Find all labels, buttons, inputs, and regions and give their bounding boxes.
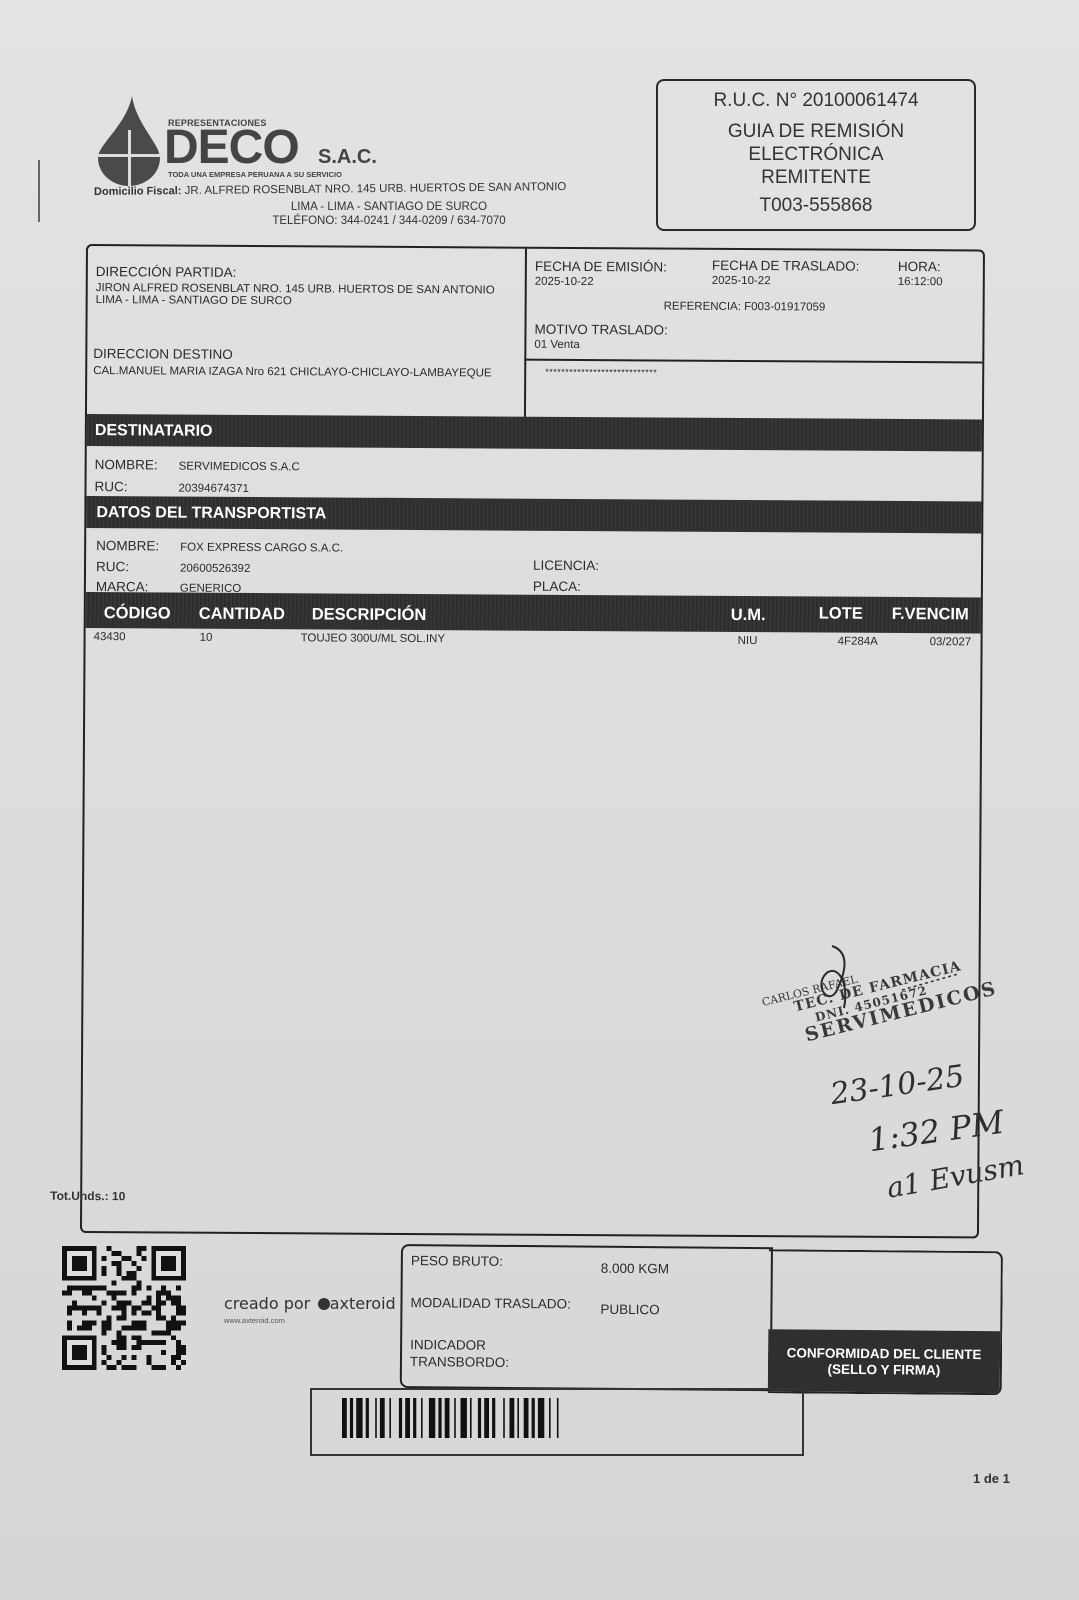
transfer-mode-value: PUBLICO xyxy=(600,1302,659,1318)
cell-lot: 4F284A xyxy=(838,636,878,648)
carrier-ruc-row: RUC:20600526392 xyxy=(96,558,250,577)
cell-description: TOUJEO 300U/ML SOL.INY xyxy=(301,632,446,645)
recipient-ruc-label: RUC: xyxy=(94,479,178,495)
conformity-line-1: CONFORMIDAD DEL CLIENTE xyxy=(768,1345,1000,1363)
time-label: HORA: xyxy=(898,259,943,274)
cell-code: 43430 xyxy=(94,631,126,643)
barcode xyxy=(310,1388,804,1456)
origin-label: DIRECCIÓN PARTIDA: xyxy=(96,264,495,281)
recipient-name-row: NOMBRE:SERVIMEDICOS S.A.C xyxy=(95,456,300,475)
reference: REFERENCIA: F003-01917059 xyxy=(664,301,826,314)
plate-label: PLACA: xyxy=(533,579,581,594)
weight-value: 8.000 KGM xyxy=(601,1261,669,1277)
fiscal-city: LIMA - LIMA - SANTIAGO DE SURCO xyxy=(94,201,614,213)
col-header-lot: LOTE xyxy=(819,604,863,623)
col-header-unit: U.M. xyxy=(731,606,766,625)
axteroid-website: www.axteroid.com xyxy=(224,1316,396,1325)
cell-quantity: 10 xyxy=(200,632,213,644)
origin-address: DIRECCIÓN PARTIDA: JIRON ALFRED ROSENBLA… xyxy=(96,264,495,308)
transshipment-label-line-2: TRANSBORDO: xyxy=(410,1353,509,1371)
transfer-reason: MOTIVO TRASLADO: 01 Venta xyxy=(534,322,667,352)
emission-date-value: 2025-10-22 xyxy=(535,276,667,289)
col-header-code: CÓDIGO xyxy=(104,604,171,623)
total-units: Tot.Unds.: 10 xyxy=(50,1189,125,1203)
transshipment-label-line-1: INDICADOR xyxy=(410,1336,509,1354)
emission-date: FECHA DE EMISIÓN: 2025-10-22 xyxy=(535,259,667,289)
transfer-date: FECHA DE TRASLADO: 2025-10-22 xyxy=(712,258,860,288)
ruc-number: R.U.C. N° 20100061474 xyxy=(658,90,974,112)
doc-title-line-1: GUIA DE REMISIÓN xyxy=(658,120,974,143)
transfer-reason-value: 01 Venta xyxy=(534,339,667,352)
carrier-heading: DATOS DEL TRANSPORTISTA xyxy=(96,504,326,523)
customer-conformity-label: CONFORMIDAD DEL CLIENTE (SELLO Y FIRMA) xyxy=(768,1329,1001,1393)
recipient-ruc-value: 20394674371 xyxy=(178,483,248,495)
transport-details: PESO BRUTO: 8.000 KGM MODALIDAD TRASLADO… xyxy=(400,1244,773,1391)
fiscal-address-block: Domicilio Fiscal: JR. ALFRED ROSENBLAT N… xyxy=(94,186,614,227)
margin-mark xyxy=(38,160,40,222)
recipient-header: DESTINATARIO xyxy=(87,414,982,451)
license-row: LICENCIA: xyxy=(533,557,599,575)
license-label: LICENCIA: xyxy=(533,558,599,573)
page-number: 1 de 1 xyxy=(973,1471,1010,1486)
document-number: T003-555868 xyxy=(658,195,974,217)
recipient-name-label: NOMBRE: xyxy=(95,457,179,473)
doc-title-line-3: REMITENTE xyxy=(658,166,974,189)
created-by: creado por axteroid www.axteroid.com xyxy=(224,1294,396,1325)
section-divider xyxy=(524,249,527,419)
doc-title-line-2: ELECTRÓNICA xyxy=(658,143,974,166)
conformity-line-2: (SELLO Y FIRMA) xyxy=(768,1361,1000,1379)
company-logo: REPRESENTACIONES DECO S.A.C. TODA UNA EM… xyxy=(96,94,396,186)
emission-date-label: FECHA DE EMISIÓN: xyxy=(535,259,667,275)
cell-expiry: 03/2027 xyxy=(930,636,972,648)
plate-row: PLACA: xyxy=(533,578,581,596)
barcode-bars-icon xyxy=(342,1398,772,1438)
col-header-description: DESCRIPCIÓN xyxy=(312,605,427,625)
transfer-reason-label: MOTIVO TRASLADO: xyxy=(534,322,667,338)
col-header-expiry: F.VENCIM xyxy=(892,605,969,624)
water-drop-logo-icon xyxy=(96,94,162,186)
qr-code xyxy=(62,1242,186,1374)
items-table-body: 4343010TOUJEO 300U/ML SOL.INYNIU4F284A03… xyxy=(86,631,981,654)
created-by-label: creado por xyxy=(224,1294,310,1313)
destination-label: DIRECCION DESTINO xyxy=(93,346,491,363)
transfer-date-value: 2025-10-22 xyxy=(712,275,860,288)
recipient-heading: DESTINATARIO xyxy=(95,422,213,441)
recipient-name-value: SERVIMEDICOS S.A.C xyxy=(179,461,300,474)
carrier-name-label: NOMBRE: xyxy=(96,538,180,554)
signature-scribble-icon xyxy=(810,938,960,1018)
axteroid-brand: axteroid xyxy=(330,1294,396,1313)
fiscal-label: Domicilio Fiscal: xyxy=(94,185,182,198)
document-id-box: R.U.C. N° 20100061474 GUIA DE REMISIÓN E… xyxy=(656,79,976,231)
destination-line-1: CAL.MANUEL MARIA IZAGA Nro 621 CHICLAYO-… xyxy=(93,365,491,379)
axteroid-logo-icon xyxy=(318,1298,330,1310)
weight-label: PESO BRUTO: xyxy=(411,1253,503,1269)
time-value: 16:12:00 xyxy=(898,276,943,288)
logo-suffix: S.A.C. xyxy=(318,146,377,169)
transfer-mode-label: MODALIDAD TRASLADO: xyxy=(410,1295,570,1311)
transshipment-label: INDICADOR TRANSBORDO: xyxy=(410,1336,509,1371)
col-header-quantity: CANTIDAD xyxy=(199,605,285,625)
transfer-date-label: FECHA DE TRASLADO: xyxy=(712,258,860,274)
logo-name: DECO xyxy=(164,124,299,172)
recipient-ruc-row: RUC:20394674371 xyxy=(94,478,248,497)
cell-unit: NIU xyxy=(738,635,758,647)
dates-divider xyxy=(524,359,982,364)
carrier-ruc-value: 20600526392 xyxy=(180,563,250,575)
origin-line-2: LIMA - LIMA - SANTIAGO DE SURCO xyxy=(96,294,495,308)
carrier-name-row: NOMBRE:FOX EXPRESS CARGO S.A.C. xyxy=(96,537,343,557)
masked-field: **************************** xyxy=(545,367,657,378)
carrier-name-value: FOX EXPRESS CARGO S.A.C. xyxy=(180,542,343,555)
carrier-ruc-label: RUC: xyxy=(96,559,180,575)
destination-address: DIRECCION DESTINO CAL.MANUEL MARIA IZAGA… xyxy=(93,346,492,379)
company-phones: TELÉFONO: 344-0241 / 344-0209 / 634-7070 xyxy=(94,215,614,227)
table-row: 4343010TOUJEO 300U/ML SOL.INYNIU4F284A03… xyxy=(86,631,981,654)
transfer-time: HORA: 16:12:00 xyxy=(898,259,943,288)
logo-tagline: TODA UNA EMPRESA PERUANA A SU SERVICIO xyxy=(168,170,342,179)
transport-summary-box: PESO BRUTO: 8.000 KGM MODALIDAD TRASLADO… xyxy=(400,1244,1005,1395)
customer-signature-area: CONFORMIDAD DEL CLIENTE (SELLO Y FIRMA) xyxy=(768,1249,1003,1395)
fiscal-address: JR. ALFRED ROSENBLAT NRO. 145 URB. HUERT… xyxy=(185,181,567,197)
carrier-header: DATOS DEL TRANSPORTISTA xyxy=(86,496,981,533)
items-table-header: CÓDIGO CANTIDAD DESCRIPCIÓN U.M. LOTE F.… xyxy=(86,592,981,633)
